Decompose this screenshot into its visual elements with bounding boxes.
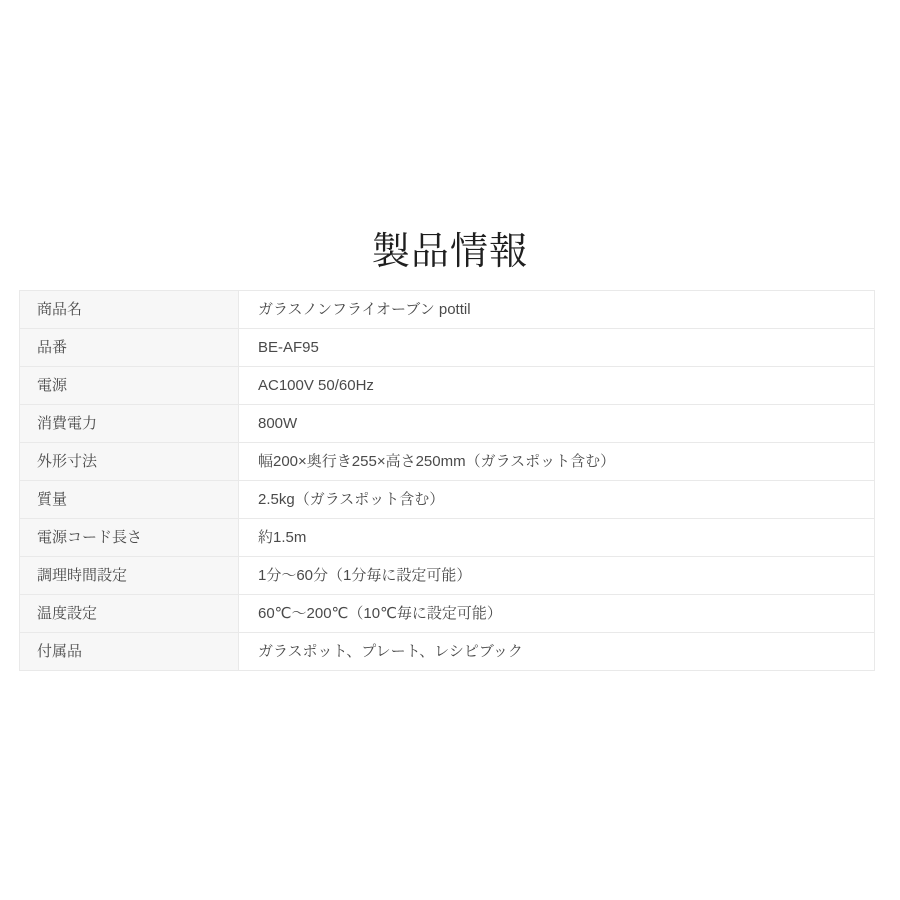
- product-info-page: 製品情報 商品名ガラスノンフライオーブン pottil品番BE-AF95電源AC…: [0, 0, 900, 900]
- spec-label: 電源: [20, 367, 239, 405]
- spec-row: 商品名ガラスノンフライオーブン pottil: [20, 291, 875, 329]
- spec-label: 付属品: [20, 633, 239, 671]
- spec-row: 付属品ガラスポット、プレート、レシピブック: [20, 633, 875, 671]
- spec-row: 温度設定60℃〜200℃（10℃毎に設定可能）: [20, 595, 875, 633]
- spec-label: 外形寸法: [20, 443, 239, 481]
- spec-row: 質量2.5kg（ガラスポット含む）: [20, 481, 875, 519]
- spec-value: 約1.5m: [239, 519, 875, 557]
- spec-row: 外形寸法幅200×奥行き255×高さ250mm（ガラスポット含む）: [20, 443, 875, 481]
- spec-row: 消費電力800W: [20, 405, 875, 443]
- spec-value: ガラスノンフライオーブン pottil: [239, 291, 875, 329]
- spec-row: 電源AC100V 50/60Hz: [20, 367, 875, 405]
- spec-table-body: 商品名ガラスノンフライオーブン pottil品番BE-AF95電源AC100V …: [20, 291, 875, 671]
- spec-label: 商品名: [20, 291, 239, 329]
- spec-label: 品番: [20, 329, 239, 367]
- spec-value: 800W: [239, 405, 875, 443]
- spec-label: 調理時間設定: [20, 557, 239, 595]
- spec-value: BE-AF95: [239, 329, 875, 367]
- spec-row: 電源コード長さ約1.5m: [20, 519, 875, 557]
- spec-value: 60℃〜200℃（10℃毎に設定可能）: [239, 595, 875, 633]
- spec-label: 消費電力: [20, 405, 239, 443]
- spec-value: 幅200×奥行き255×高さ250mm（ガラスポット含む）: [239, 443, 875, 481]
- spec-label: 電源コード長さ: [20, 519, 239, 557]
- spec-label: 温度設定: [20, 595, 239, 633]
- spec-row: 品番BE-AF95: [20, 329, 875, 367]
- spec-value: 1分〜60分（1分毎に設定可能）: [239, 557, 875, 595]
- spec-label: 質量: [20, 481, 239, 519]
- spec-value: ガラスポット、プレート、レシピブック: [239, 633, 875, 671]
- product-spec-table: 商品名ガラスノンフライオーブン pottil品番BE-AF95電源AC100V …: [19, 290, 875, 671]
- spec-value: 2.5kg（ガラスポット含む）: [239, 481, 875, 519]
- page-title: 製品情報: [0, 230, 900, 274]
- spec-row: 調理時間設定1分〜60分（1分毎に設定可能）: [20, 557, 875, 595]
- spec-value: AC100V 50/60Hz: [239, 367, 875, 405]
